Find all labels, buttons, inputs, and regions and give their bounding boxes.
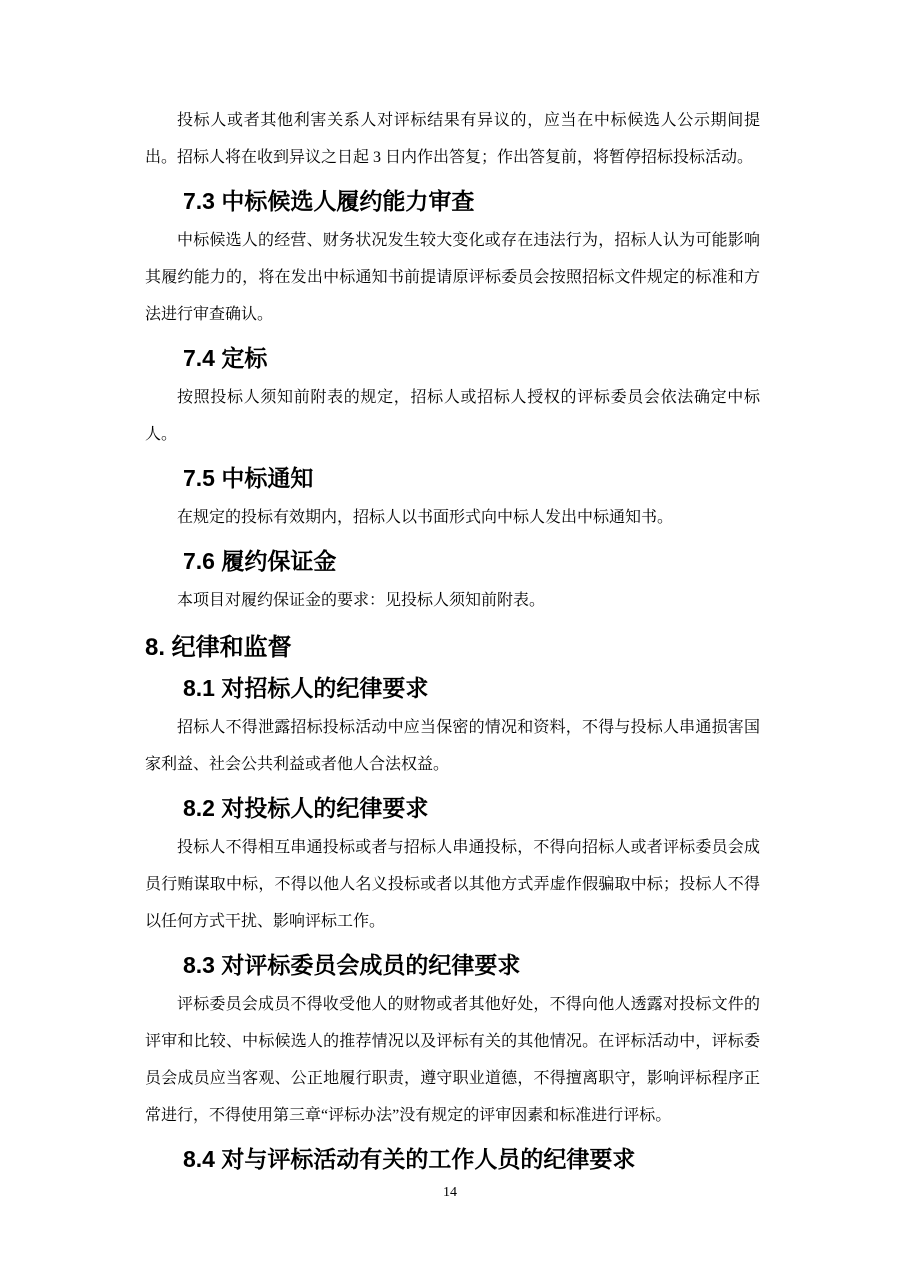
heading-8-2-bidder-discipline: 8.2 对投标人的纪律要求 bbox=[145, 795, 760, 821]
heading-7-6-performance-bond: 7.6 履约保证金 bbox=[145, 548, 760, 574]
heading-7-4-award-decision: 7.4 定标 bbox=[145, 345, 760, 371]
heading-7-3-capability-review: 7.3 中标候选人履约能力审查 bbox=[145, 188, 760, 214]
paragraph-committee-discipline: 评标委员会成员不得收受他人的财物或者其他好处，不得向他人透露对投标文件的评审和比… bbox=[145, 986, 760, 1134]
heading-8-discipline-supervision: 8. 纪律和监督 bbox=[145, 633, 760, 663]
page-number: 14 bbox=[0, 1184, 900, 1202]
page-content: 投标人或者其他利害关系人对评标结果有异议的，应当在中标候选人公示期间提出。招标人… bbox=[145, 102, 760, 1180]
paragraph-award-notice: 在规定的投标有效期内，招标人以书面形式向中标人发出中标通知书。 bbox=[145, 499, 760, 536]
paragraph-tenderer-discipline: 招标人不得泄露招标投标活动中应当保密的情况和资料，不得与投标人串通损害国家利益、… bbox=[145, 709, 760, 783]
paragraph-performance-bond: 本项目对履约保证金的要求：见投标人须知前附表。 bbox=[145, 582, 760, 619]
paragraph-bidder-discipline: 投标人不得相互串通投标或者与招标人串通投标，不得向招标人或者评标委员会成员行贿谋… bbox=[145, 829, 760, 940]
heading-8-3-committee-discipline: 8.3 对评标委员会成员的纪律要求 bbox=[145, 952, 760, 978]
heading-8-4-staff-discipline: 8.4 对与评标活动有关的工作人员的纪律要求 bbox=[145, 1146, 760, 1172]
heading-7-5-award-notice: 7.5 中标通知 bbox=[145, 465, 760, 491]
heading-8-1-tenderer-discipline: 8.1 对招标人的纪律要求 bbox=[145, 675, 760, 701]
paragraph-capability-review: 中标候选人的经营、财务状况发生较大变化或存在违法行为，招标人认为可能影响其履约能… bbox=[145, 222, 760, 333]
paragraph-objection: 投标人或者其他利害关系人对评标结果有异议的，应当在中标候选人公示期间提出。招标人… bbox=[145, 102, 760, 176]
document-page: 投标人或者其他利害关系人对评标结果有异议的，应当在中标候选人公示期间提出。招标人… bbox=[0, 0, 900, 1272]
paragraph-award-decision: 按照投标人须知前附表的规定，招标人或招标人授权的评标委员会依法确定中标人。 bbox=[145, 379, 760, 453]
